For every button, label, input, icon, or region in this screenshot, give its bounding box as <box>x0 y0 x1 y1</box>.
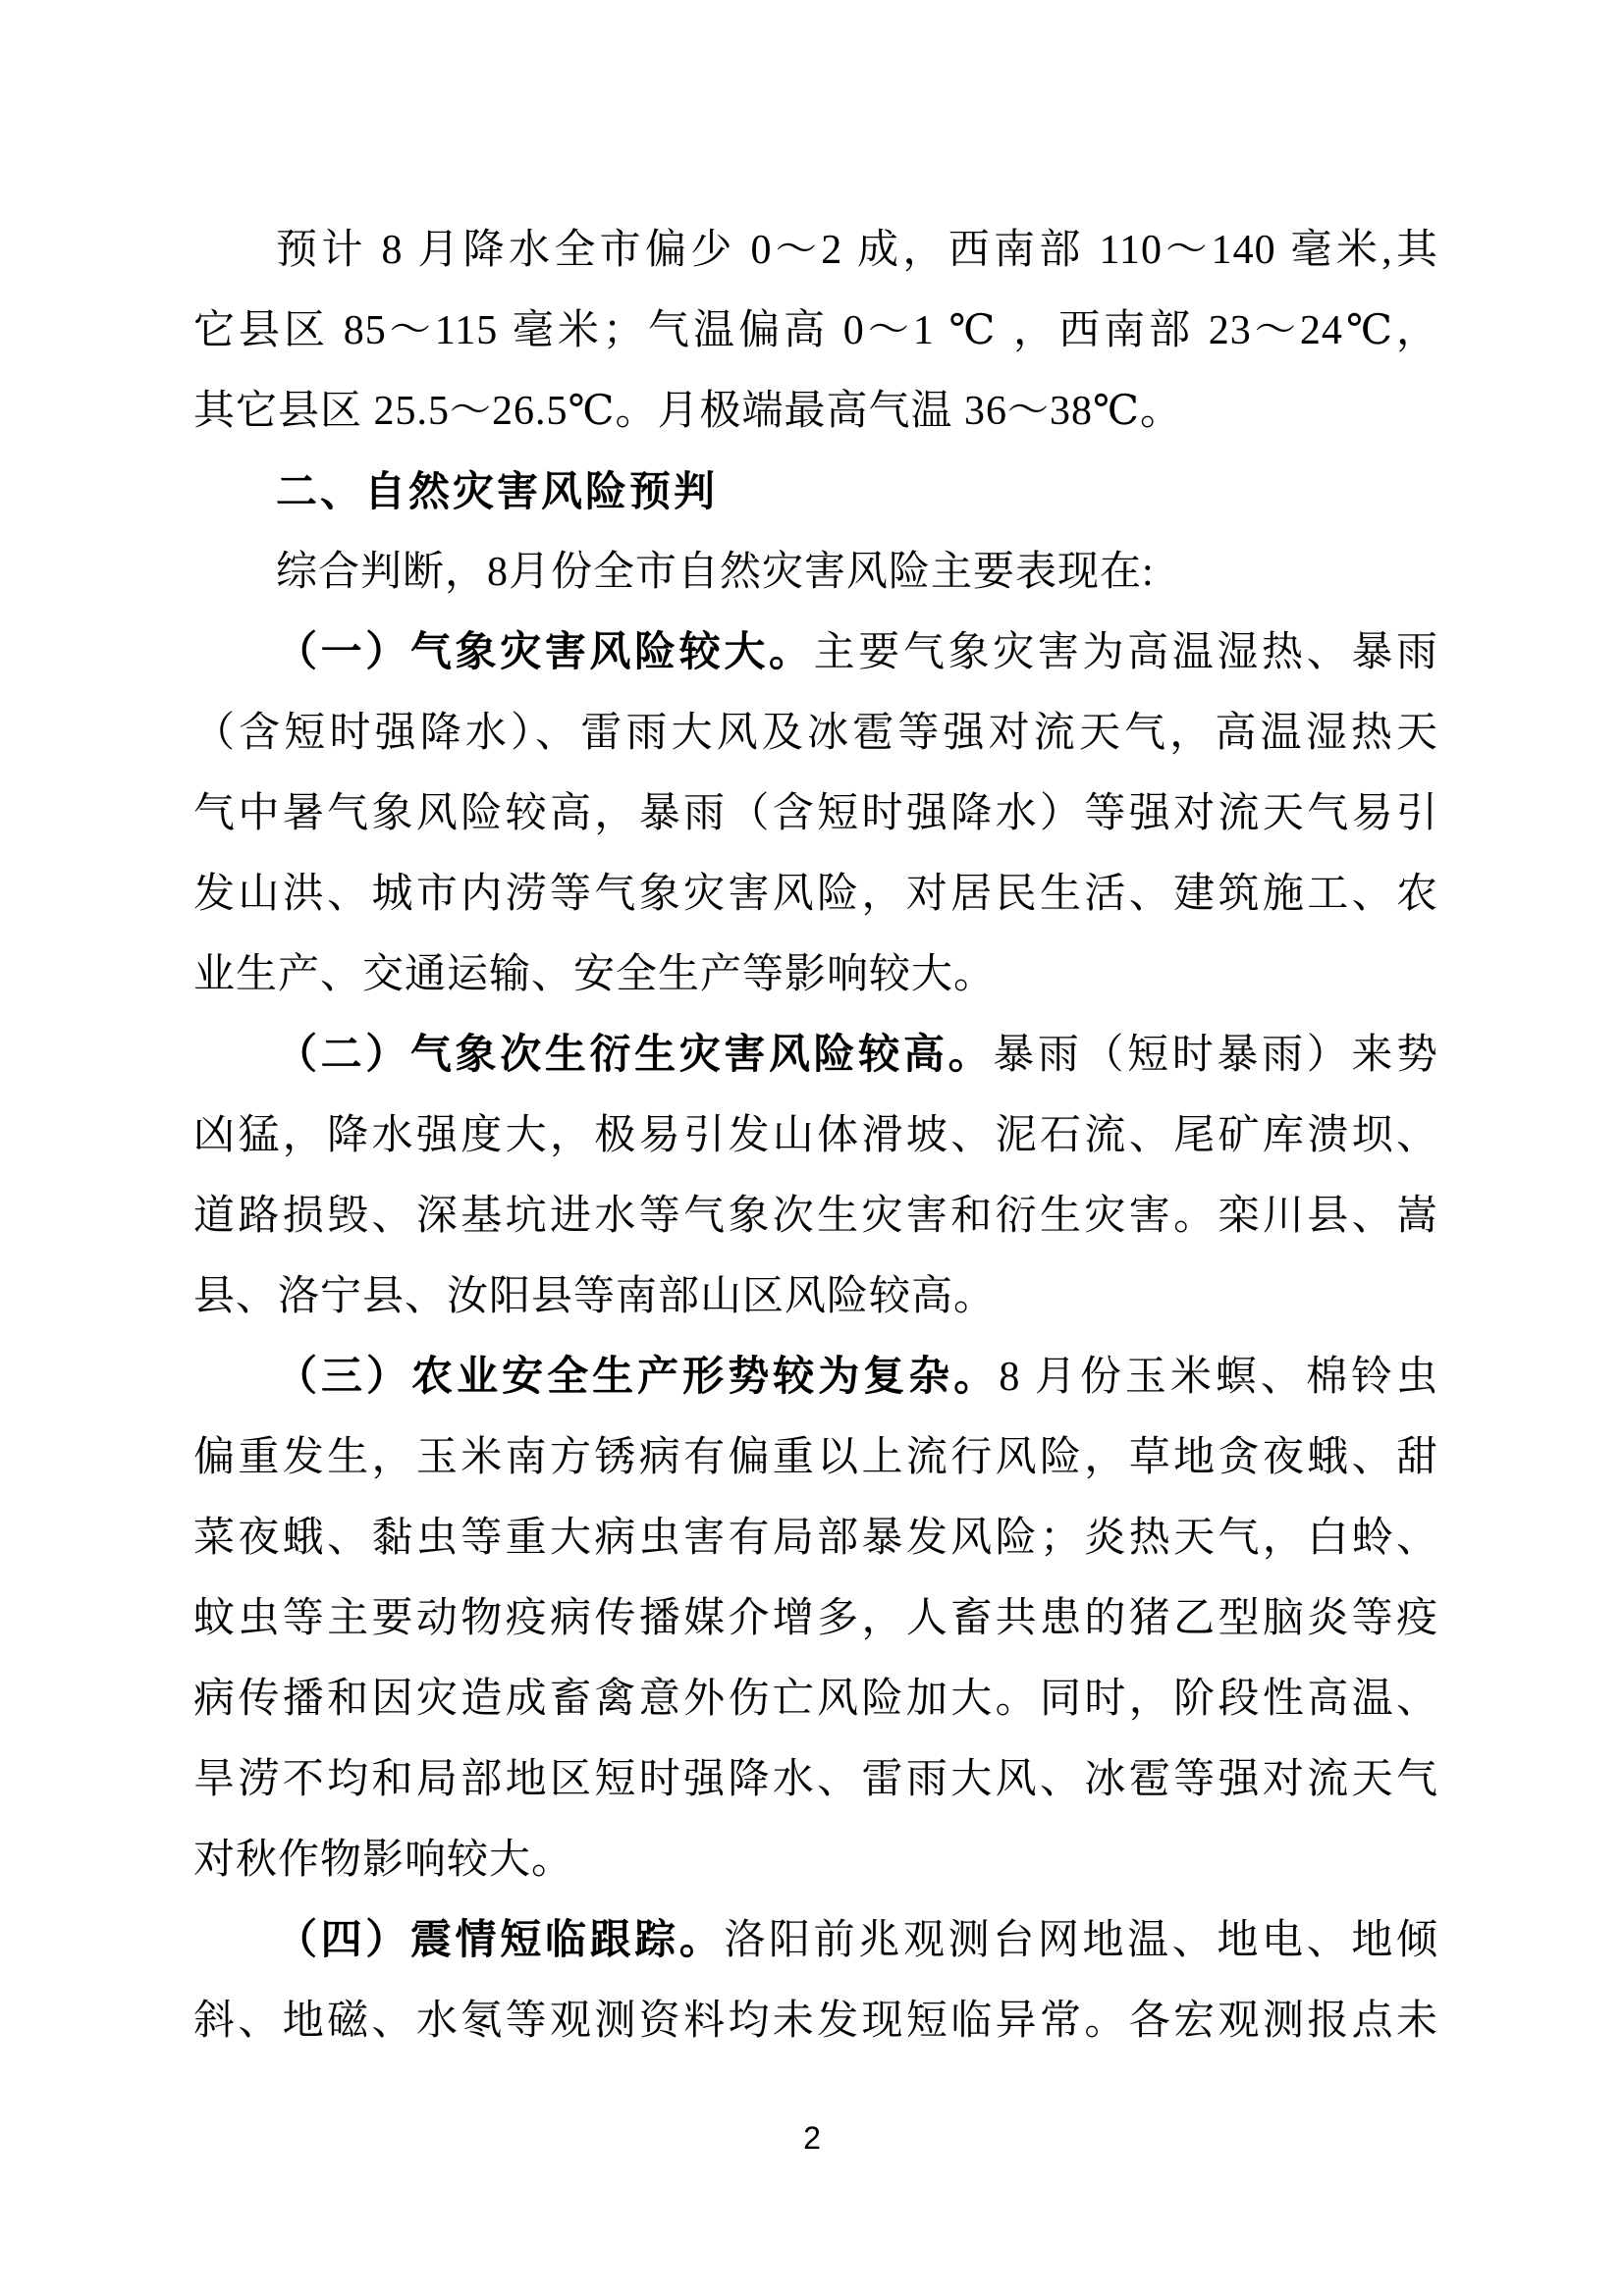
body-line: （二）气象次生衍生灾害风险较高。暴雨（短时暴雨）来势 <box>193 1015 1438 1095</box>
body-line: 菜夜蛾、黏虫等重大病虫害有局部暴发风险；炎热天气，白蛉、 <box>193 1498 1438 1578</box>
paragraph-text: 对秋作物影响较大。 <box>193 1838 573 1883</box>
paragraph-text: 主要气象灾害为高温湿热、暴雨 <box>814 630 1438 675</box>
paragraph-text: 病传播和因灾造成畜禽意外伤亡风险加大。同时，阶段性高温、 <box>193 1677 1438 1722</box>
body-line: 旱涝不均和局部地区短时强降水、雷雨大风、冰雹等强对流天气 <box>193 1739 1438 1820</box>
paragraph-text: 业生产、交通运输、安全生产等影响较大。 <box>193 952 996 997</box>
body-line: 对秋作物影响较大。 <box>193 1820 1438 1900</box>
paragraph-text: 它县区 85～115 毫米；气温偏高 0～1 ℃ ，西南部 23～24℃， <box>193 308 1438 353</box>
paragraph-text: 8 月份玉米螟、棉铃虫 <box>999 1355 1438 1400</box>
body-line: （三）农业安全生产形势较为复杂。8 月份玉米螟、棉铃虫 <box>193 1337 1438 1417</box>
body-line: 道路损毁、深基坑进水等气象次生灾害和衍生灾害。栾川县、嵩 <box>193 1176 1438 1256</box>
body-line: （一）气象灾害风险较大。主要气象灾害为高温湿热、暴雨 <box>193 613 1438 693</box>
body-line: 偏重发生，玉米南方锈病有偏重以上流行风险，草地贪夜蛾、甜 <box>193 1417 1438 1498</box>
paragraph-text: 蚊虫等主要动物疫病传播媒介增多，人畜共患的猪乙型脑炎等疫 <box>193 1596 1438 1641</box>
paragraph-text: 凶猛，降水强度大，极易引发山体滑坡、泥石流、尾矿库溃坝、 <box>193 1113 1438 1158</box>
body-line: 综合判断，8月份全市自然灾害风险主要表现在: <box>193 532 1438 613</box>
paragraph-text: 洛阳前兆观测台网地温、地电、地倾 <box>724 1918 1438 1963</box>
page-number: 2 <box>0 2118 1624 2158</box>
section-heading-text: 二、自然灾害风险预判 <box>276 468 718 514</box>
body-line: 发山洪、城市内涝等气象灾害风险，对居民生活、建筑施工、农 <box>193 854 1438 934</box>
body-line: 病传播和因灾造成畜禽意外伤亡风险加大。同时，阶段性高温、 <box>193 1659 1438 1739</box>
paragraph-text: 其它县区 25.5～26.5℃。月极端最高气温 36～38℃。 <box>193 389 1182 434</box>
paragraph-text: 综合判断，8月份全市自然灾害风险主要表现在: <box>276 550 1155 595</box>
body-line: （四）震情短临跟踪。洛阳前兆观测台网地温、地电、地倾 <box>193 1900 1438 1981</box>
paragraph-text: 道路损毁、深基坑进水等气象次生灾害和衍生灾害。栾川县、嵩 <box>193 1194 1438 1239</box>
body-line: 斜、地磁、水氡等观测资料均未发现短临异常。各宏观测报点未 <box>193 1981 1438 2061</box>
body-line: 县、洛宁县、汝阳县等南部山区风险较高。 <box>193 1256 1438 1337</box>
document-page: 预计 8 月降水全市偏少 0～2 成，西南部 110～140 毫米,其 它县区 … <box>0 0 1624 2296</box>
paragraph-text: 斜、地磁、水氡等观测资料均未发现短临异常。各宏观测报点未 <box>193 1999 1438 2044</box>
body-line: 预计 8 月降水全市偏少 0～2 成，西南部 110～140 毫米,其 <box>193 210 1438 291</box>
paragraph-text: 偏重发生，玉米南方锈病有偏重以上流行风险，草地贪夜蛾、甜 <box>193 1435 1438 1480</box>
body-line: 凶猛，降水强度大，极易引发山体滑坡、泥石流、尾矿库溃坝、 <box>193 1095 1438 1176</box>
body-line: 蚊虫等主要动物疫病传播媒介增多，人畜共患的猪乙型脑炎等疫 <box>193 1578 1438 1659</box>
body-line: 其它县区 25.5～26.5℃。月极端最高气温 36～38℃。 <box>193 371 1438 452</box>
paragraph-text: （含短时强降水）、雷雨大风及冰雹等强对流天气，高温湿热天 <box>193 711 1438 756</box>
paragraph-text: 县、洛宁县、汝阳县等南部山区风险较高。 <box>193 1274 996 1319</box>
section-lead: （三）农业安全生产形势较为复杂。 <box>276 1355 999 1400</box>
body-line: （含短时强降水）、雷雨大风及冰雹等强对流天气，高温湿热天 <box>193 693 1438 774</box>
paragraph-text: 菜夜蛾、黏虫等重大病虫害有局部暴发风险；炎热天气，白蛉、 <box>193 1516 1438 1561</box>
body-line: 业生产、交通运输、安全生产等影响较大。 <box>193 934 1438 1015</box>
paragraph-text: 旱涝不均和局部地区短时强降水、雷雨大风、冰雹等强对流天气 <box>193 1757 1438 1802</box>
section-lead: （四）震情短临跟踪。 <box>276 1918 724 1963</box>
body-line: 它县区 85～115 毫米；气温偏高 0～1 ℃ ，西南部 23～24℃， <box>193 291 1438 371</box>
body-line: 气中暑气象风险较高，暴雨（含短时强降水）等强对流天气易引 <box>193 774 1438 854</box>
section-lead: （二）气象次生衍生灾害风险较高。 <box>276 1033 993 1078</box>
paragraph-text: 气中暑气象风险较高，暴雨（含短时强降水）等强对流天气易引 <box>193 791 1438 836</box>
paragraph-text: 预计 8 月降水全市偏少 0～2 成，西南部 110～140 毫米,其 <box>276 228 1438 273</box>
paragraph-text: 暴雨（短时暴雨）来势 <box>993 1033 1438 1078</box>
section-heading: 二、自然灾害风险预判 <box>193 452 1438 532</box>
document-body: 预计 8 月降水全市偏少 0～2 成，西南部 110～140 毫米,其 它县区 … <box>193 210 1438 2061</box>
paragraph-text: 发山洪、城市内涝等气象灾害风险，对居民生活、建筑施工、农 <box>193 872 1438 917</box>
section-lead: （一）气象灾害风险较大。 <box>276 630 814 675</box>
